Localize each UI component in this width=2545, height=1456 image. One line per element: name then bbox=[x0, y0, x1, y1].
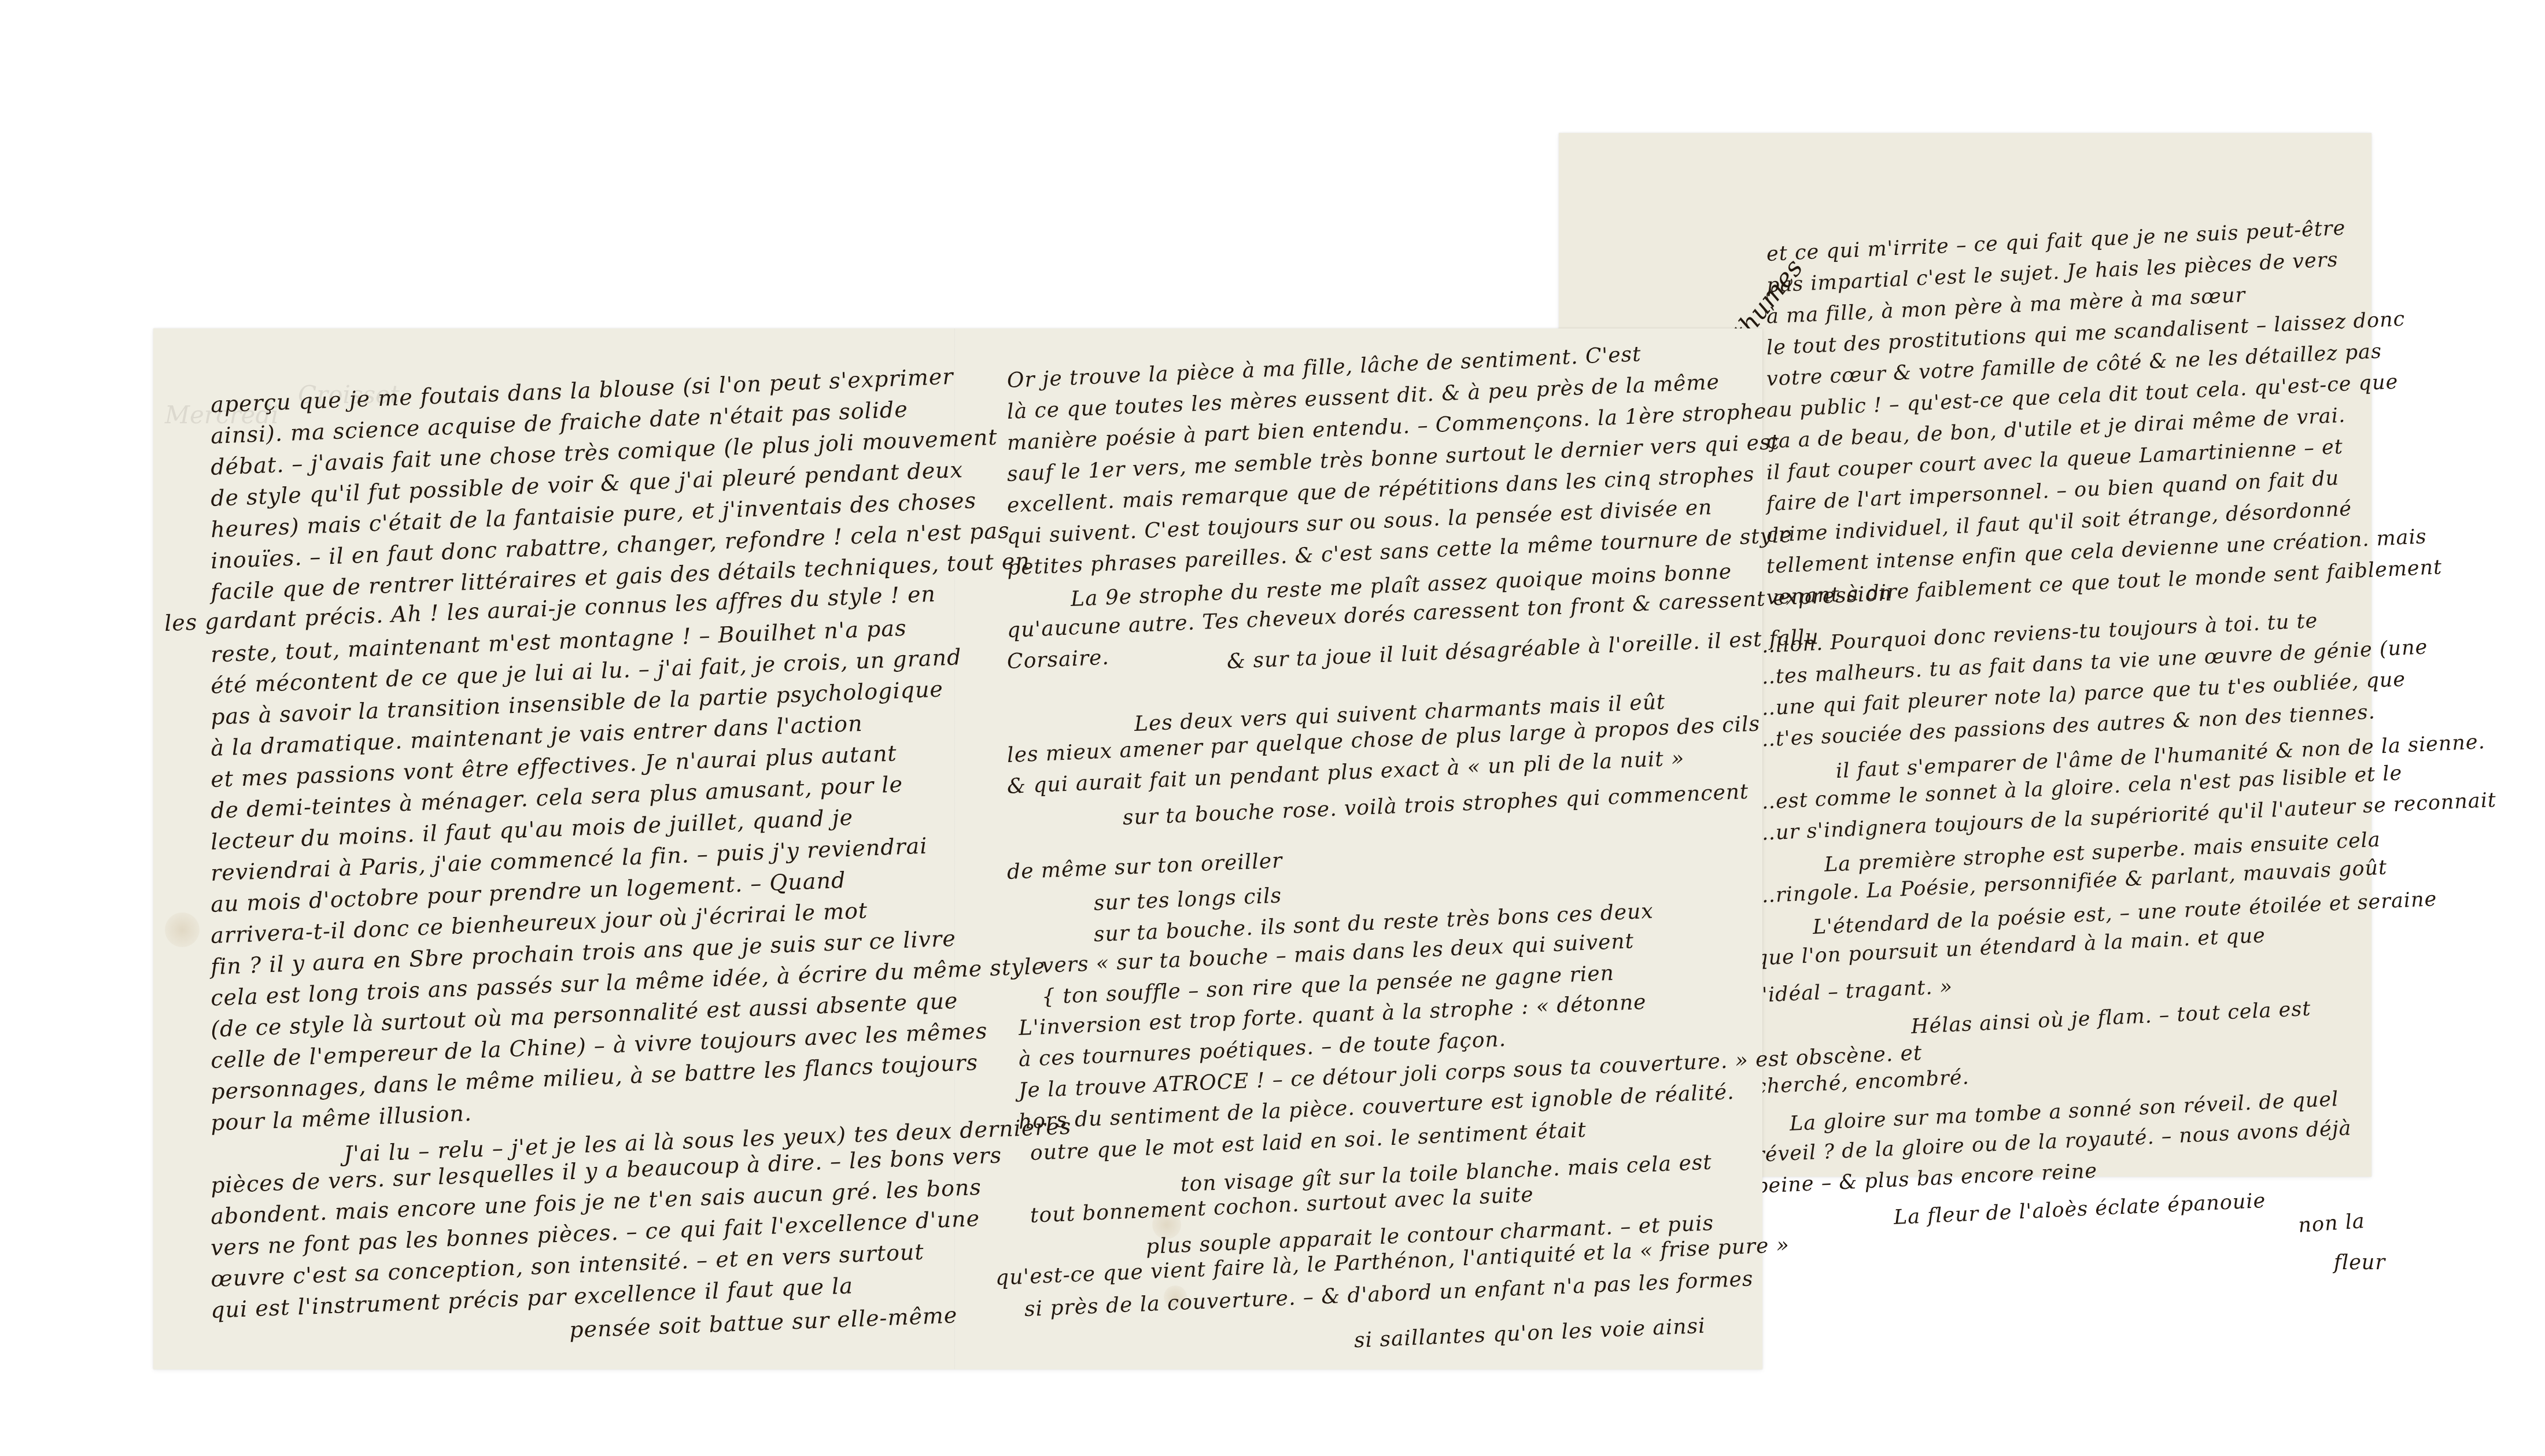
page-middle: Or je trouve la pièce à ma fille, lâche … bbox=[956, 328, 1762, 1369]
handwritten-line: La fleur de l'aloès éclate épanouie bbox=[1893, 1189, 2266, 1229]
handwritten-line: Corsaire. bbox=[1006, 646, 1109, 674]
handwritten-line: peine – & plus bas encore reine bbox=[1754, 1159, 2098, 1198]
foxing-stain bbox=[165, 912, 200, 947]
manuscript-sheet-spread: Croisset Mercredi aperçu que je me fouta… bbox=[153, 328, 1762, 1369]
page-left: Croisset Mercredi aperçu que je me fouta… bbox=[153, 328, 954, 1369]
handwritten-line: sur tes longs cils bbox=[1093, 884, 1282, 915]
handwritten-line: pour la même illusion. bbox=[210, 1100, 472, 1136]
handwritten-line: non la bbox=[2297, 1210, 2366, 1237]
handwritten-line: pensée soit battue sur elle-même bbox=[569, 1302, 958, 1343]
handwritten-line: cherché, encombré. bbox=[1754, 1066, 1969, 1099]
handwritten-line: Hélas ainsi où je flam. – tout cela est bbox=[1910, 997, 2311, 1039]
handwritten-line: l'idéal – tragant. » bbox=[1754, 975, 1953, 1007]
handwritten-line: si saillantes qu'on les voie ainsi bbox=[1353, 1314, 1706, 1352]
handwritten-line: fleur bbox=[2334, 1251, 2385, 1274]
handwritten-line: & sur ta joue il luit désagréable à l'or… bbox=[1226, 625, 1819, 674]
handwritten-line: de même sur ton oreiller bbox=[1006, 849, 1283, 884]
